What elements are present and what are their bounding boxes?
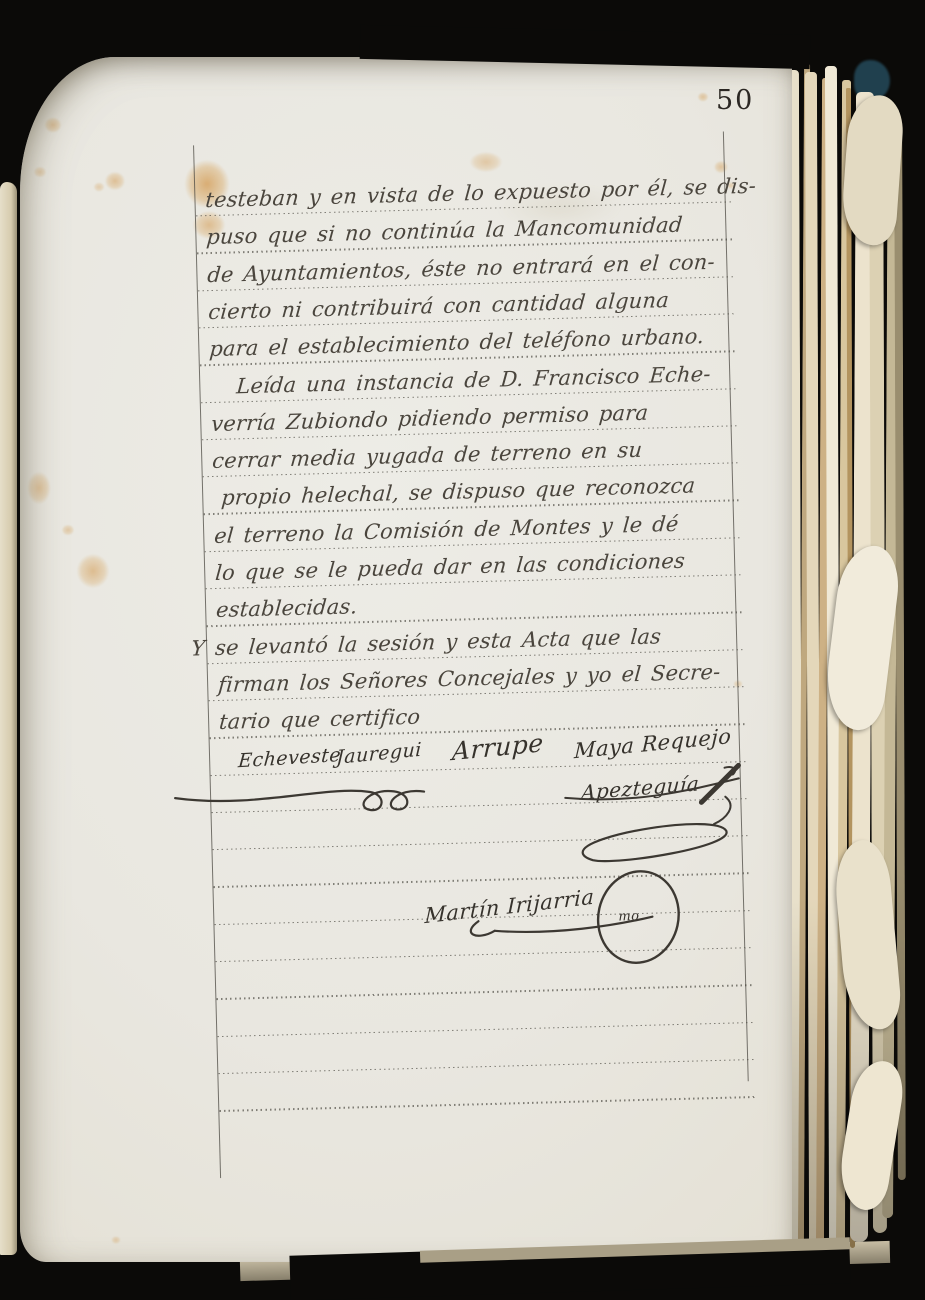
- margin-line-right: [723, 132, 749, 1082]
- manuscript-line: Leída una instancia de D. Francisco Eche…: [235, 362, 711, 398]
- manuscript-line: propio helechal, se dispuso que reconozc…: [220, 473, 696, 509]
- signature-councillor-4: Maya Requejo: [574, 724, 732, 763]
- signature-councillor-2: Jauregui: [336, 739, 423, 769]
- manuscript-line: puso que si no continúa la Mancomunidad: [206, 213, 684, 250]
- manuscript-line: verría Zubiondo pidiendo permiso para: [210, 401, 649, 436]
- manuscript-line: testeban y en vista de lo expuesto por é…: [205, 174, 758, 212]
- manuscript-line: tario que certifico: [218, 705, 421, 734]
- previous-page-sliver: [0, 182, 17, 1255]
- ruled-line: [213, 872, 749, 887]
- manuscript-line: Y se levantó la sesión y esta Acta que l…: [190, 624, 662, 660]
- signature-secretary: Martín Irijarria: [424, 885, 594, 929]
- ruled-line: [215, 947, 751, 962]
- ruled-line: [219, 1096, 755, 1111]
- manuscript-page: testeban y en vista de lo expuesto por é…: [20, 57, 792, 1262]
- manuscript-line: para el establecimiento del teléfono urb…: [208, 324, 705, 361]
- manuscript-line: cierto ni contribuirá con cantidad algun…: [207, 288, 670, 324]
- manuscript-line: de Ayuntamientos, éste no entrará en el …: [206, 250, 715, 287]
- ruled-line: [218, 1059, 754, 1074]
- manuscript-line: establecidas.: [215, 594, 358, 622]
- signature-councillor-1: Echeveste: [237, 744, 342, 772]
- ruled-line: [216, 984, 752, 999]
- archival-book-photo: testeban y en vista de lo expuesto por é…: [0, 0, 925, 1300]
- ruled-line: [212, 798, 748, 813]
- manuscript-line: el terreno la Comisión de Montes y le dé: [213, 512, 679, 548]
- signature-rubric-text: mo: [618, 909, 640, 925]
- ruled-line: [217, 1022, 753, 1037]
- page-edge-strip: [894, 130, 906, 1180]
- manuscript-line: lo que se le pueda dar en las condicione…: [214, 549, 686, 585]
- manuscript-line: firman los Señores Concejales y yo el Se…: [217, 660, 721, 697]
- page-number: 50: [716, 85, 754, 116]
- ruled-line: [212, 835, 748, 850]
- signature-councillor-3: Arrupe: [451, 728, 544, 766]
- ruled-sheet: testeban y en vista de lo expuesto por é…: [20, 57, 792, 1262]
